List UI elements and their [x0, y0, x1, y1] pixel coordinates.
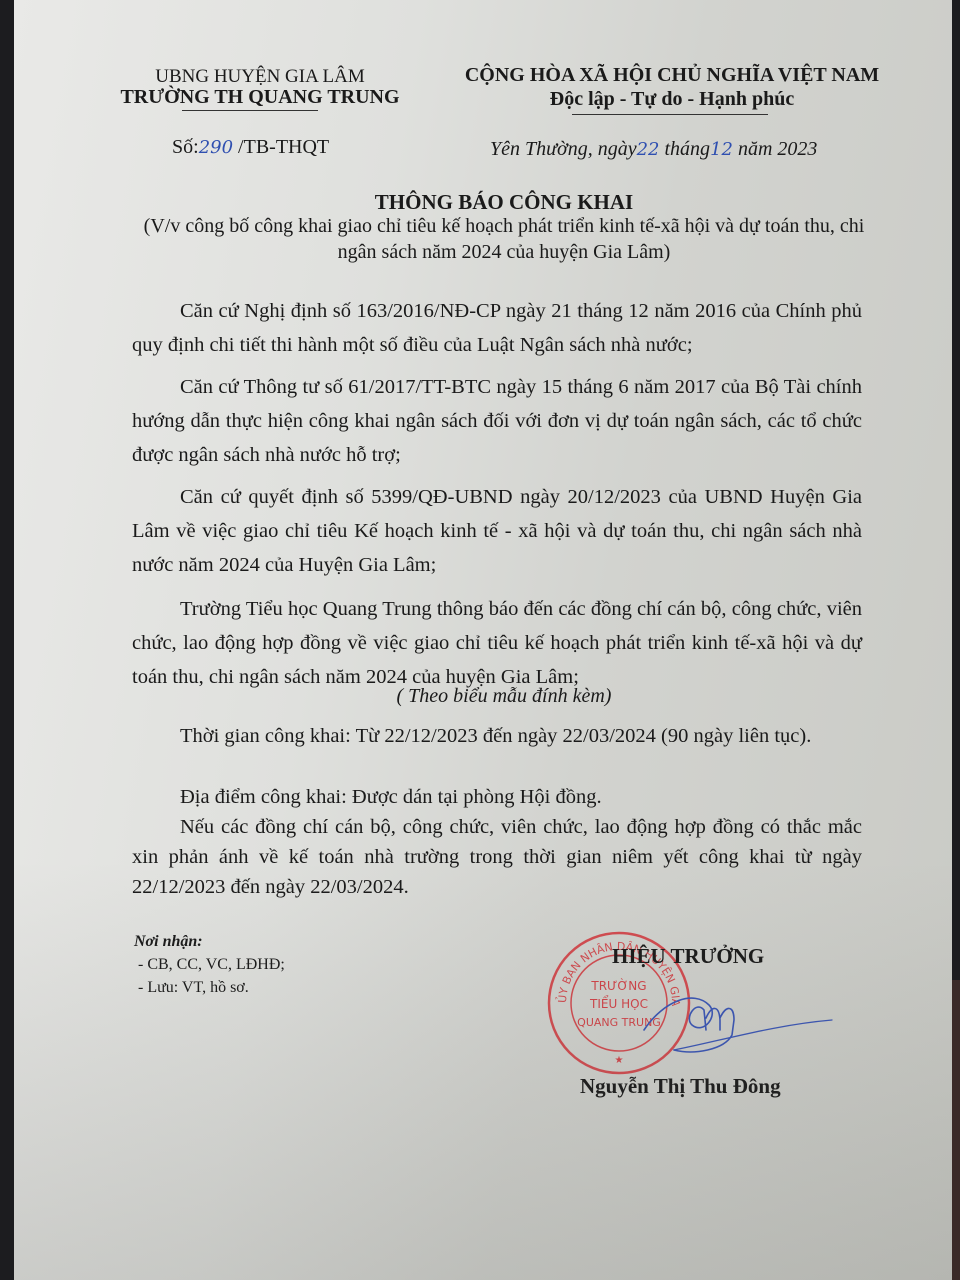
paragraph-legal-basis-1: Căn cứ Nghị định số 163/2016/NĐ-CP ngày … — [132, 294, 862, 362]
document-page: UBNG HUYỆN GIA LÂM TRƯỜNG TH QUANG TRUNG… — [14, 0, 952, 1280]
handwritten-signature — [634, 980, 834, 1060]
recipients-label: Nơi nhận: — [134, 933, 203, 951]
recipient-item: - CB, CC, VC, LĐHĐ; — [138, 956, 285, 974]
issuing-agency: UBNG HUYỆN GIA LÂM — [152, 66, 368, 88]
date-month-label: tháng — [660, 138, 711, 160]
doc-number-suffix: /TB-THQT — [233, 136, 329, 158]
school-underline — [182, 110, 318, 111]
date-year: năm 2023 — [733, 138, 817, 160]
background-edge — [952, 980, 960, 1280]
attachment-note: ( Theo biểu mẫu đính kèm) — [134, 685, 874, 708]
motto-underline — [572, 114, 768, 115]
date-place: Yên Thường, ngày — [490, 138, 637, 160]
paragraph-legal-basis-3: Căn cứ quyết định số 5399/QĐ-UBND ngày 2… — [132, 480, 862, 582]
document-title: THÔNG BÁO CÔNG KHAI — [134, 190, 874, 215]
date-month-handwritten: 12 — [710, 139, 733, 160]
signer-title: HIỆU TRƯỞNG — [612, 944, 764, 969]
paragraph-publication-period: Thời gian công khai: Từ 22/12/2023 đến n… — [132, 720, 862, 752]
doc-number-prefix: Số: — [172, 136, 199, 158]
issuing-school: TRƯỜNG TH QUANG TRUNG — [112, 86, 408, 109]
national-motto: Độc lập - Tự do - Hạnh phúc — [448, 88, 896, 111]
date-day-handwritten: 22 — [637, 139, 660, 160]
svg-text:★: ★ — [615, 1055, 624, 1066]
signer-name: Nguyễn Thị Thu Đông — [580, 1074, 781, 1099]
recipient-item: - Lưu: VT, hồ sơ. — [138, 979, 249, 997]
doc-number-handwritten: 290 — [199, 137, 233, 158]
paragraph-feedback: Nếu các đồng chí cán bộ, công chức, viên… — [132, 812, 862, 902]
national-title: CỘNG HÒA XÃ HỘI CHỦ NGHĨA VIỆT NAM — [448, 64, 896, 87]
paragraph-announcement: Trường Tiểu học Quang Trung thông báo đế… — [132, 592, 862, 694]
document-number: Số:290 /TB-THQT — [172, 136, 329, 159]
paragraph-legal-basis-2: Căn cứ Thông tư số 61/2017/TT-BTC ngày 1… — [132, 370, 862, 472]
document-subtitle: (V/v công bố công khai giao chỉ tiêu kế … — [134, 213, 874, 265]
paragraph-publication-place: Địa điểm công khai: Được dán tại phòng H… — [132, 780, 862, 814]
document-date: Yên Thường, ngày22 tháng12 năm 2023 — [490, 138, 817, 161]
